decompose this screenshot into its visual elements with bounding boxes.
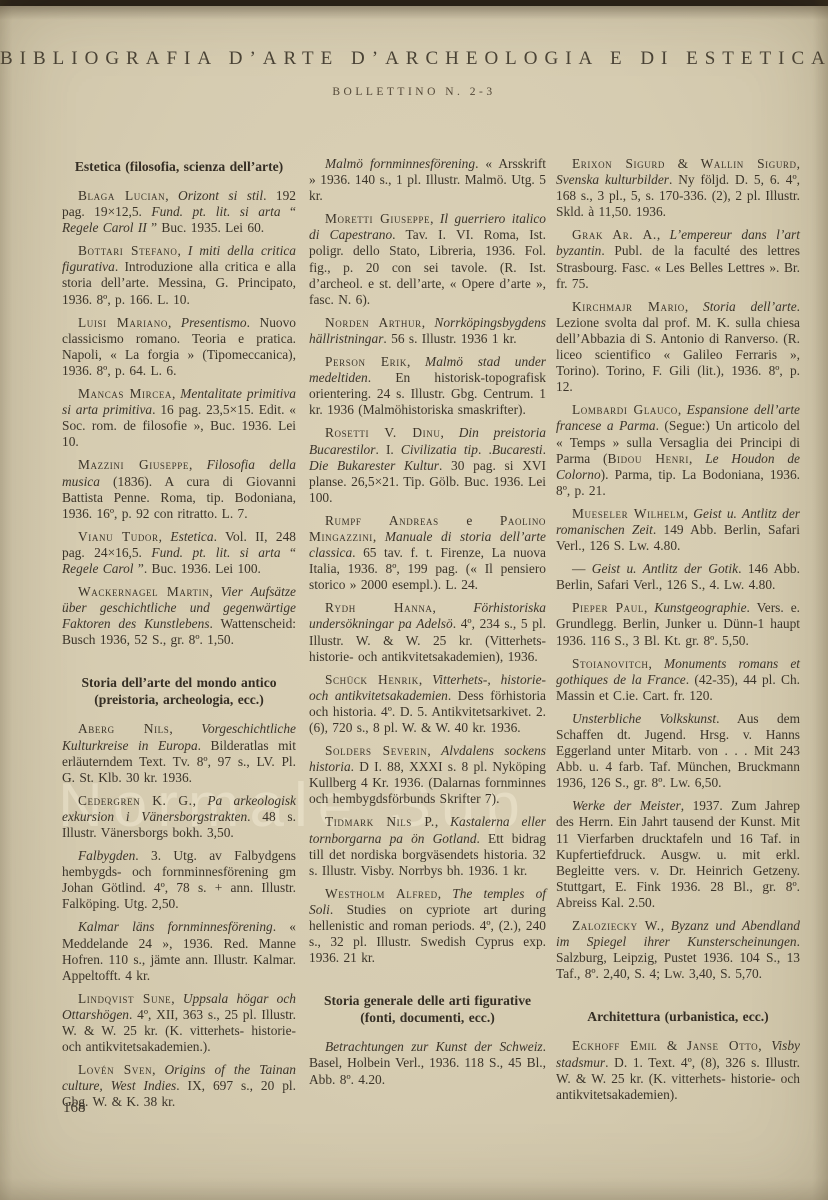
bibliography-entry: Person Erik, Malmö stad under medeltiden… xyxy=(309,354,546,418)
bibliography-entry: Rumpf Andreas e Paolino Mingazzini, Manu… xyxy=(309,513,546,593)
bibliography-entry: — Geist u. Antlitz der Gotik. 146 Abb. B… xyxy=(556,561,800,593)
bibliography-entry: Tidmark Nils P., Kastalerna eller tornbo… xyxy=(309,814,546,878)
bibliography-entry: Vianu Tudor, Estetica. Vol. II, 248 pag.… xyxy=(62,529,296,577)
column-middle: Malmö fornminnesförening. « Arsskrift » … xyxy=(309,156,546,1095)
bibliography-entry: Mueseler Wilhelm, Geist u. Antlitz der r… xyxy=(556,506,800,554)
column-left: Estetica (filosofia, scienza dell’arte)B… xyxy=(62,156,296,1118)
bibliography-entry: Kirchmajr Mario, Storia dell’arte. Lezio… xyxy=(556,299,800,396)
bibliography-entry: Kalmar läns fornminnesförening. « Meddel… xyxy=(62,919,296,983)
bibliography-entry: Falbygden. 3. Utg. av Falbydgens hembygd… xyxy=(62,848,296,912)
section-heading: Storia dell’arte del mondo antico(preist… xyxy=(62,674,296,708)
bibliography-entry: Aberg Nils, Vorgeschichtliche Kulturkrei… xyxy=(62,721,296,785)
bibliography-entry: Betrachtungen zur Kunst der Schweiz. Bas… xyxy=(309,1039,546,1087)
bulletin-number: BOLLETTINO N. 2-3 xyxy=(0,86,828,98)
scan-edge-shadow xyxy=(0,6,828,20)
bibliography-entry: Luisi Mariano, Presentismo. Nuovo classi… xyxy=(62,315,296,379)
bibliography-entry: Grak Ar. A., L’empereur dans l’art byzan… xyxy=(556,227,800,291)
bibliography-entry: Malmö fornminnesförening. « Arsskrift » … xyxy=(309,156,546,204)
page-number: 168 xyxy=(63,1100,86,1117)
bibliography-entry: Norden Arthur, Norrköpingsbygdens hällri… xyxy=(309,315,546,347)
bibliography-entry: Werke der Meister, 1937. Zum Jahrep des … xyxy=(556,798,800,911)
bibliography-entry: Schück Henrik, Vitterhets-, historie- oc… xyxy=(309,672,546,736)
bibliography-entry: Solders Severin, Alvdalens sockens histo… xyxy=(309,743,546,807)
bibliography-entry: Zaloziecky W., Byzanz und Abendland im S… xyxy=(556,918,800,982)
bibliography-entry: Erixon Sigurd & Wallin Sigurd, Svenska k… xyxy=(556,156,800,220)
bibliography-entry: Stoianovitch, Monuments romans et gothiq… xyxy=(556,656,800,704)
bibliography-entry: Bottari Stefano, I miti della critica fi… xyxy=(62,243,296,307)
section-heading: Storia generale delle arti figurative(fo… xyxy=(309,992,546,1026)
bibliography-entry: Pieper Paul, Kunstgeographie. Vers. e. G… xyxy=(556,600,800,648)
bibliography-entry: Unsterbliche Volkskunst. Aus dem Schaffe… xyxy=(556,711,800,791)
bibliography-entry: Lindqvist Sune, Uppsala högar och Ottars… xyxy=(62,991,296,1055)
scanned-page: Normale Sup BIBLIOGRAFIA D’ARTE D’ARCHEO… xyxy=(0,0,828,1200)
bibliography-entry: Westholm Alfred, The temples of Soli. St… xyxy=(309,886,546,966)
bibliography-entry: Mancas Mircea, Mentalitate primitiva si … xyxy=(62,386,296,450)
section-heading: Architettura (urbanistica, ecc.) xyxy=(556,1008,800,1025)
bibliography-entry: Cedergren K. G., Pa arkeologisk exkursio… xyxy=(62,793,296,841)
bibliography-entry: Moretti Giuseppe, Il guerriero italico d… xyxy=(309,211,546,308)
bibliography-entry: Wackernagel Martin, Vier Aufsätze über g… xyxy=(62,584,296,648)
column-right: Erixon Sigurd & Wallin Sigurd, Svenska k… xyxy=(556,156,800,1110)
bibliography-entry: Rosetti V. Dinu, Din preistoria Bucarest… xyxy=(309,425,546,505)
bibliography-entry: Blaga Lucian, Orizont si stil. 192 pag. … xyxy=(62,188,296,236)
bibliography-entry: Eckhoff Emil & Janse Otto, Visby stadsmu… xyxy=(556,1038,800,1102)
bibliography-entry: Lovén Sven, Origins of the Tainan cultur… xyxy=(62,1062,296,1110)
section-heading: Estetica (filosofia, scienza dell’arte) xyxy=(62,158,296,175)
bibliography-entry: Lombardi Glauco, Espansione dell’arte fr… xyxy=(556,402,800,499)
page-title: BIBLIOGRAFIA D’ARTE D’ARCHEOLOGIA E DI E… xyxy=(0,48,828,70)
bibliography-entry: Mazzini Giuseppe, Filosofia della musica… xyxy=(62,457,296,521)
bibliography-entry: Rydh Hanna, Förhistoriska undersökningar… xyxy=(309,600,546,664)
